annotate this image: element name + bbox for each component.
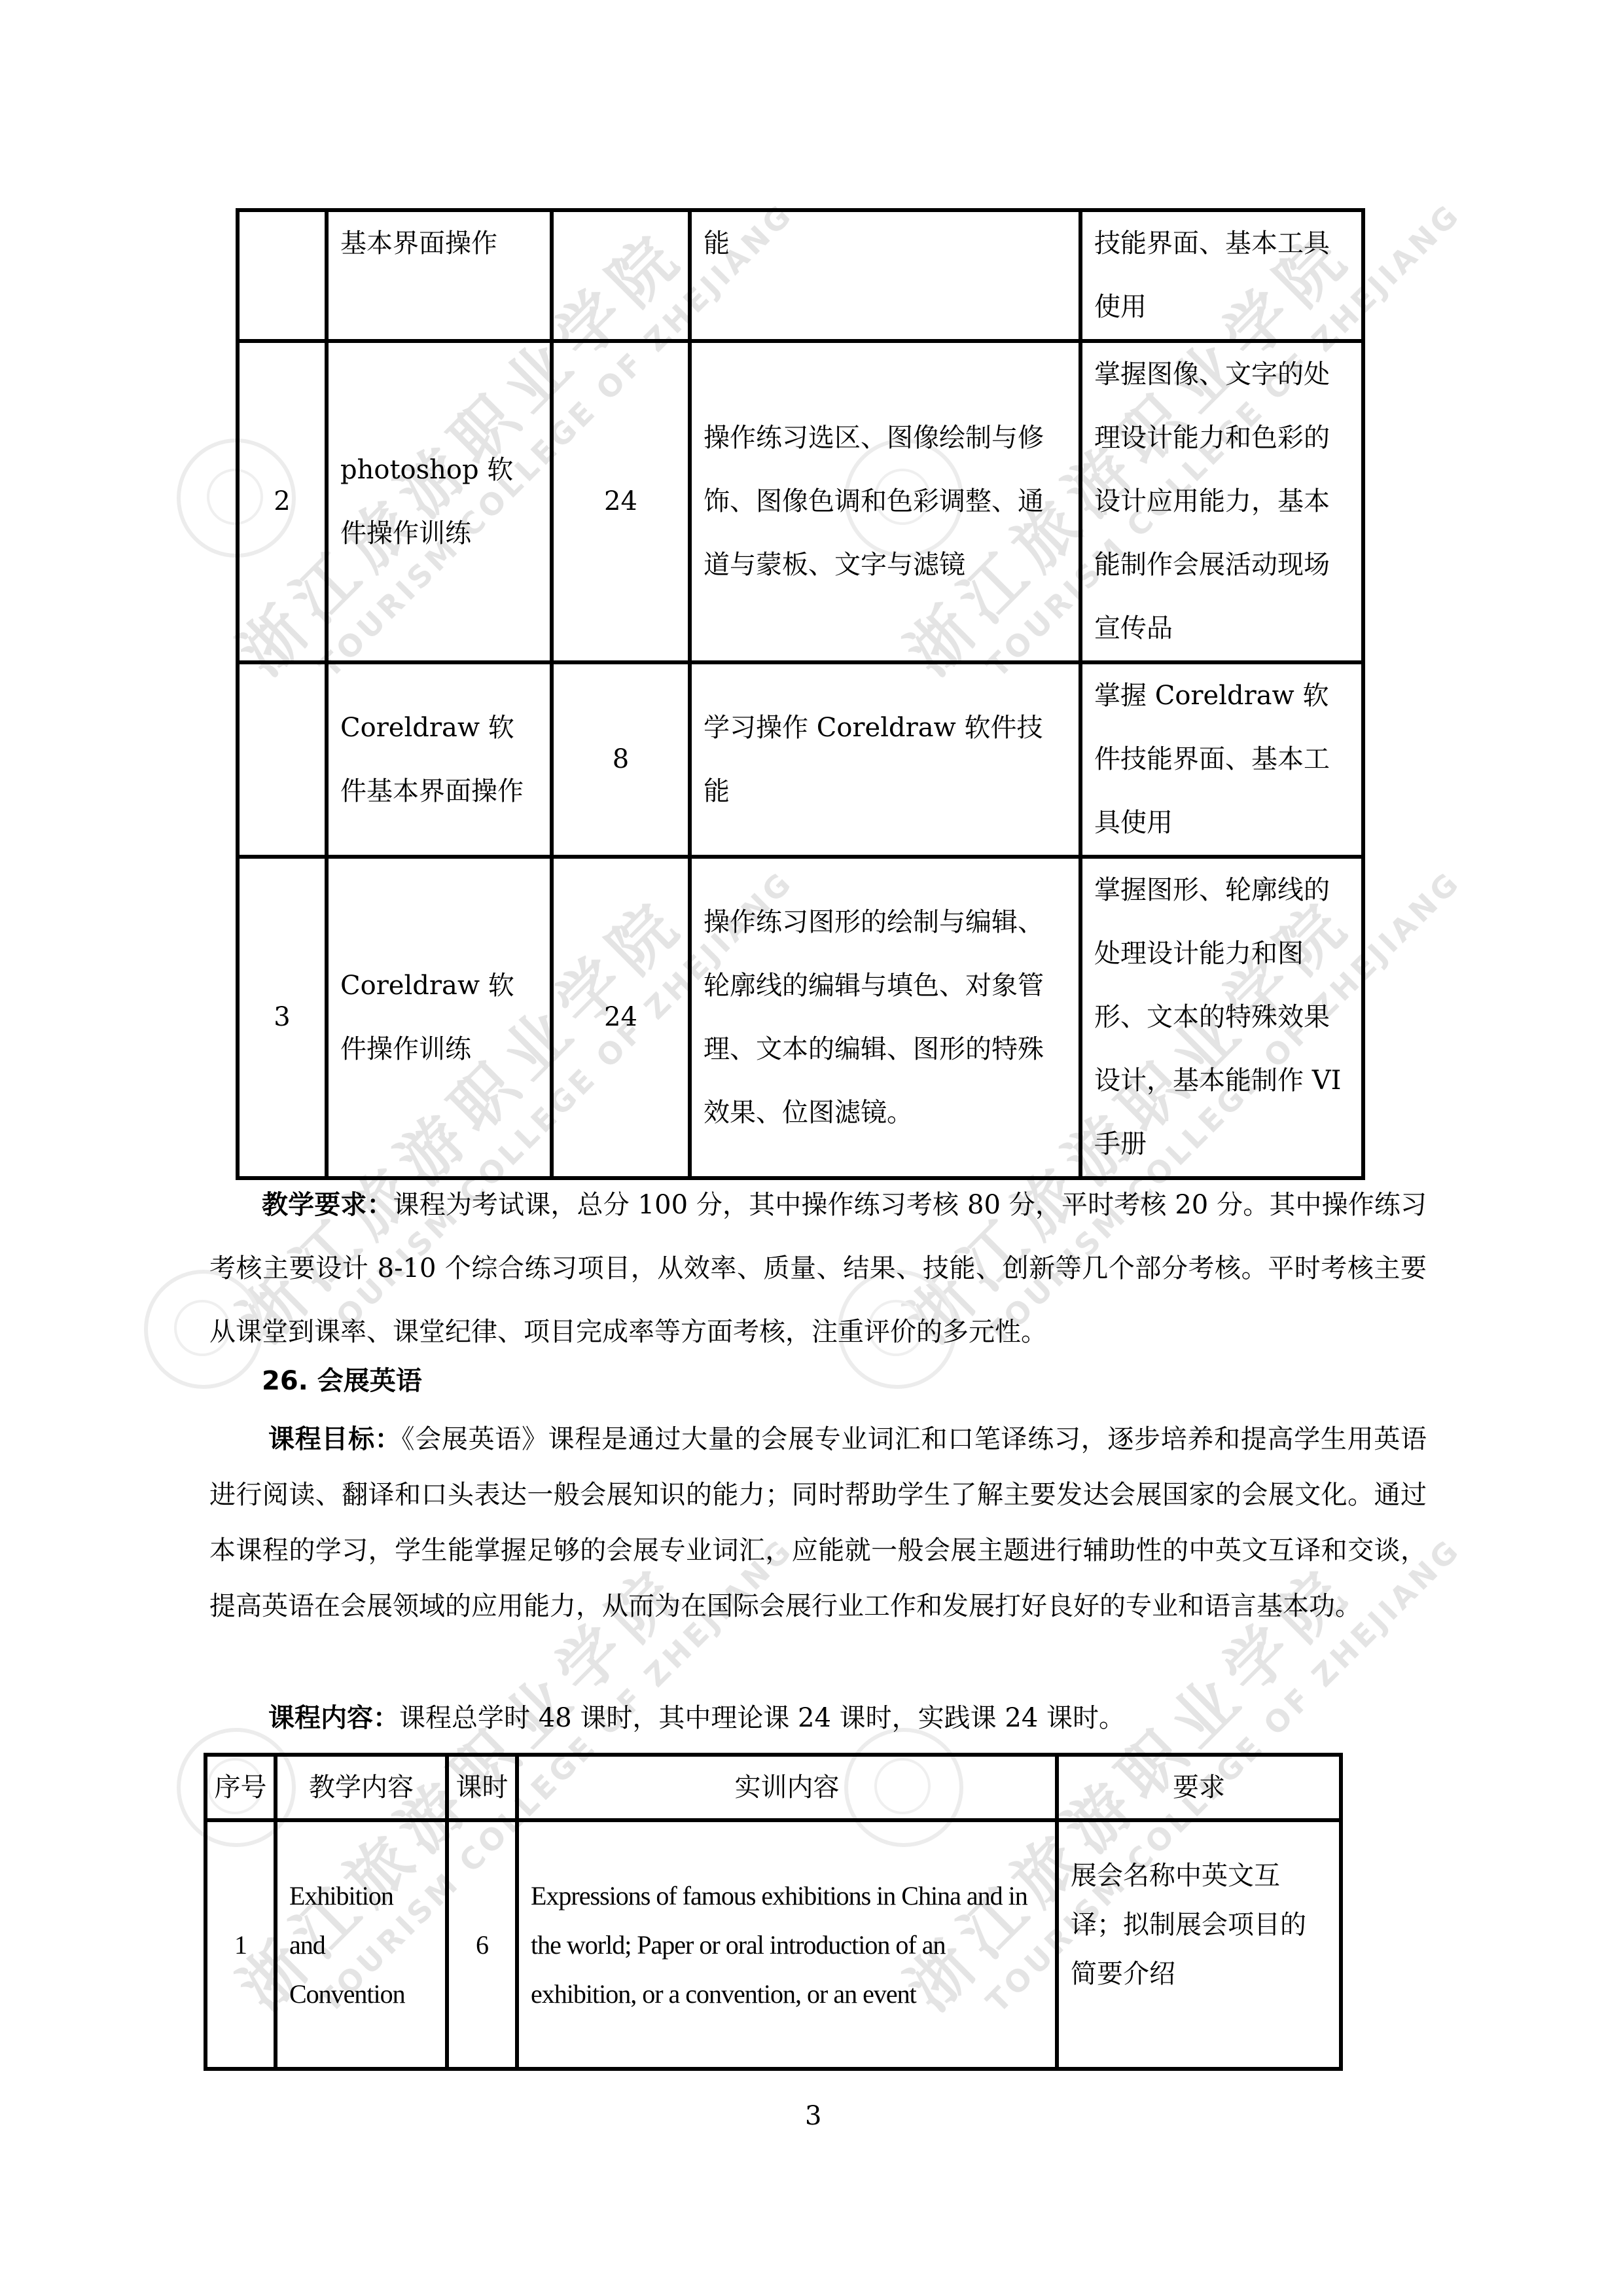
cell-training: 学习操作 Coreldraw 软件技能 [690, 662, 1080, 857]
cell-no: 1 [205, 1820, 276, 2069]
cell-no [238, 662, 327, 857]
cell-training: Expressions of famous exhibitions in Chi… [517, 1820, 1057, 2069]
cell-requirement: 掌握图形、轮廓线的处理设计能力和图形、文本的特殊效果设计，基本能制作 VI 手册 [1080, 857, 1363, 1178]
cell-requirement: 掌握 Coreldraw 软件技能界面、基本工具使用 [1080, 662, 1363, 857]
section-title: 26. 会展英语 [262, 1366, 422, 1396]
course-content-text: 课程总学时 48 课时，其中理论课 24 课时，实践课 24 课时。 [399, 1703, 1125, 1733]
cell-hours: 24 [552, 341, 690, 662]
course-content: 课程内容：课程总学时 48 课时，其中理论课 24 课时，实践课 24 课时。 [209, 1691, 1427, 1746]
course-table-1: 基本界面操作 能 技能界面、基本工具使用 2 photoshop 软件操作训练 … [236, 208, 1365, 1180]
cell-training: 能 [690, 210, 1080, 341]
cell-content: Exhibition and Convention [276, 1820, 447, 2069]
cell-hours: 24 [552, 857, 690, 1178]
cell-no: 3 [238, 857, 327, 1178]
table-header-row: 序号 教学内容 课时 实训内容 要求 [205, 1755, 1341, 1820]
cell-content: Coreldraw 软件基本界面操作 [327, 662, 552, 857]
cell-requirement: 掌握图像、文字的处理设计能力和色彩的设计应用能力，基本能制作会展活动现场宣传品 [1080, 341, 1363, 662]
teaching-requirements: 教学要求：课程为考试课，总分 100 分，其中操作练习考核 80 分，平时考核 … [209, 1174, 1427, 1364]
table-row: 1 Exhibition and Convention 6 Expression… [205, 1820, 1341, 2069]
teaching-requirements-label: 教学要求： [262, 1190, 393, 1220]
cell-hours: 8 [552, 662, 690, 857]
header-requirement: 要求 [1057, 1755, 1341, 1820]
cell-content: 基本界面操作 [327, 210, 552, 341]
course-table-2: 序号 教学内容 课时 实训内容 要求 1 Exhibition and Conv… [204, 1753, 1343, 2071]
cell-content: photoshop 软件操作训练 [327, 341, 552, 662]
cell-no [238, 210, 327, 341]
table-row: Coreldraw 软件基本界面操作 8 学习操作 Coreldraw 软件技能… [238, 662, 1363, 857]
header-no: 序号 [205, 1755, 276, 1820]
table-row: 基本界面操作 能 技能界面、基本工具使用 [238, 210, 1363, 341]
cell-requirement: 技能界面、基本工具使用 [1080, 210, 1363, 341]
table-row: 2 photoshop 软件操作训练 24 操作练习选区、图像绘制与修饰、图像色… [238, 341, 1363, 662]
table-row: 3 Coreldraw 软件操作训练 24 操作练习图形的绘制与编辑、轮廓线的编… [238, 857, 1363, 1178]
cell-training: 操作练习选区、图像绘制与修饰、图像色调和色彩调整、通道与蒙板、文字与滤镜 [690, 341, 1080, 662]
cell-hours: 6 [447, 1820, 517, 2069]
page-number: 3 [805, 2101, 821, 2131]
cell-training: 操作练习图形的绘制与编辑、轮廓线的编辑与填色、对象管理、文本的编辑、图形的特殊效… [690, 857, 1080, 1178]
header-content: 教学内容 [276, 1755, 447, 1820]
cell-content: Coreldraw 软件操作训练 [327, 857, 552, 1178]
cell-requirement: 展会名称中英文互译；拟制展会项目的简要介绍 [1057, 1820, 1341, 2069]
cell-no: 2 [238, 341, 327, 662]
cell-hours [552, 210, 690, 341]
section-heading: 26. 会展英语 [209, 1361, 1427, 1401]
header-training: 实训内容 [517, 1755, 1057, 1820]
course-goal: 课程目标：《会展英语》课程是通过大量的会展专业词汇和口笔译练习，逐步培养和提高学… [209, 1412, 1427, 1634]
course-goal-label: 课程目标： [268, 1424, 402, 1454]
course-content-label: 课程内容： [268, 1703, 399, 1733]
header-hours: 课时 [447, 1755, 517, 1820]
